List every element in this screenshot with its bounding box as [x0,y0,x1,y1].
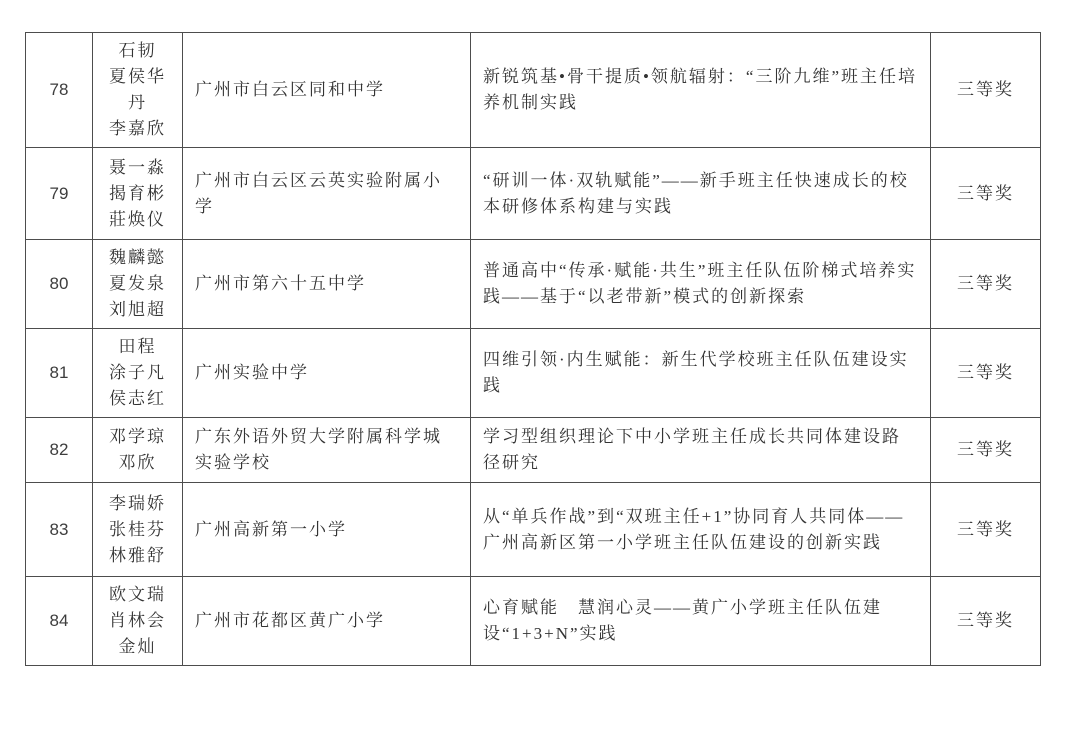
school-cell: 广东外语外贸大学附属科学城实验学校 [183,418,471,483]
award-cell: 三等奖 [931,418,1041,483]
author-name: 石韧 [96,38,179,64]
rank-cell: 78 [26,33,93,148]
project-title-cell: “研训一体·双轨赋能”——新手班主任快速成长的校本研修体系构建与实践 [471,148,931,240]
authors-cell: 石韧 夏侯华 丹 李嘉欣 [93,33,183,148]
project-title-cell: 心育赋能 慧润心灵——黄广小学班主任队伍建设“1+3+N”实践 [471,577,931,666]
author-name: 揭育彬 [96,181,179,207]
award-cell: 三等奖 [931,329,1041,418]
author-name: 欧文瑞 [96,582,179,608]
author-name: 涂子凡 [96,360,179,386]
authors-cell: 欧文瑞 肖林会 金灿 [93,577,183,666]
table-row: 84 欧文瑞 肖林会 金灿 广州市花都区黄广小学 心育赋能 慧润心灵——黄广小学… [26,577,1041,666]
author-name: 邓欣 [96,450,179,476]
rank-cell: 82 [26,418,93,483]
author-name: 林雅舒 [96,543,179,569]
table-row: 78 石韧 夏侯华 丹 李嘉欣 广州市白云区同和中学 新锐筑基•骨干提质•领航辐… [26,33,1041,148]
school-cell: 广州实验中学 [183,329,471,418]
authors-cell: 聂一淼 揭育彬 莊焕仪 [93,148,183,240]
rank-cell: 80 [26,240,93,329]
school-cell: 广州高新第一小学 [183,483,471,577]
award-cell: 三等奖 [931,33,1041,148]
award-results-table: 78 石韧 夏侯华 丹 李嘉欣 广州市白云区同和中学 新锐筑基•骨干提质•领航辐… [25,32,1041,666]
author-name: 田程 [96,334,179,360]
project-title-cell: 四维引领·内生赋能：新生代学校班主任队伍建设实践 [471,329,931,418]
author-name: 邓学琼 [96,424,179,450]
author-name: 莊焕仪 [96,207,179,233]
table-row: 81 田程 涂子凡 侯志红 广州实验中学 四维引领·内生赋能：新生代学校班主任队… [26,329,1041,418]
author-name: 张桂芬 [96,517,179,543]
author-name: 夏发泉 [96,271,179,297]
project-title-cell: 学习型组织理论下中小学班主任成长共同体建设路径研究 [471,418,931,483]
author-name: 夏侯华 [96,64,179,90]
table-row: 79 聂一淼 揭育彬 莊焕仪 广州市白云区云英实验附属小学 “研训一体·双轨赋能… [26,148,1041,240]
author-name: 魏麟懿 [96,245,179,271]
rank-cell: 83 [26,483,93,577]
rank-cell: 81 [26,329,93,418]
school-cell: 广州市第六十五中学 [183,240,471,329]
project-title-cell: 普通高中“传承·赋能·共生”班主任队伍阶梯式培养实践——基于“以老带新”模式的创… [471,240,931,329]
author-name: 金灿 [96,634,179,660]
author-name: 李嘉欣 [96,116,179,142]
rank-cell: 79 [26,148,93,240]
school-cell: 广州市白云区同和中学 [183,33,471,148]
author-name: 肖林会 [96,608,179,634]
award-cell: 三等奖 [931,483,1041,577]
project-title-cell: 新锐筑基•骨干提质•领航辐射：“三阶九维”班主任培养机制实践 [471,33,931,148]
project-title-cell: 从“单兵作战”到“双班主任+1”协同育人共同体——广州高新区第一小学班主任队伍建… [471,483,931,577]
school-cell: 广州市白云区云英实验附属小学 [183,148,471,240]
authors-cell: 李瑞娇 张桂芬 林雅舒 [93,483,183,577]
award-cell: 三等奖 [931,577,1041,666]
authors-cell: 田程 涂子凡 侯志红 [93,329,183,418]
table-row: 83 李瑞娇 张桂芬 林雅舒 广州高新第一小学 从“单兵作战”到“双班主任+1”… [26,483,1041,577]
authors-cell: 魏麟懿 夏发泉 刘旭超 [93,240,183,329]
school-cell: 广州市花都区黄广小学 [183,577,471,666]
award-cell: 三等奖 [931,240,1041,329]
rank-cell: 84 [26,577,93,666]
author-name: 侯志红 [96,386,179,412]
author-name: 李瑞娇 [96,491,179,517]
table-row: 80 魏麟懿 夏发泉 刘旭超 广州市第六十五中学 普通高中“传承·赋能·共生”班… [26,240,1041,329]
table-row: 82 邓学琼 邓欣 广东外语外贸大学附属科学城实验学校 学习型组织理论下中小学班… [26,418,1041,483]
author-name: 刘旭超 [96,297,179,323]
author-name: 丹 [96,90,179,116]
author-name: 聂一淼 [96,155,179,181]
award-cell: 三等奖 [931,148,1041,240]
authors-cell: 邓学琼 邓欣 [93,418,183,483]
